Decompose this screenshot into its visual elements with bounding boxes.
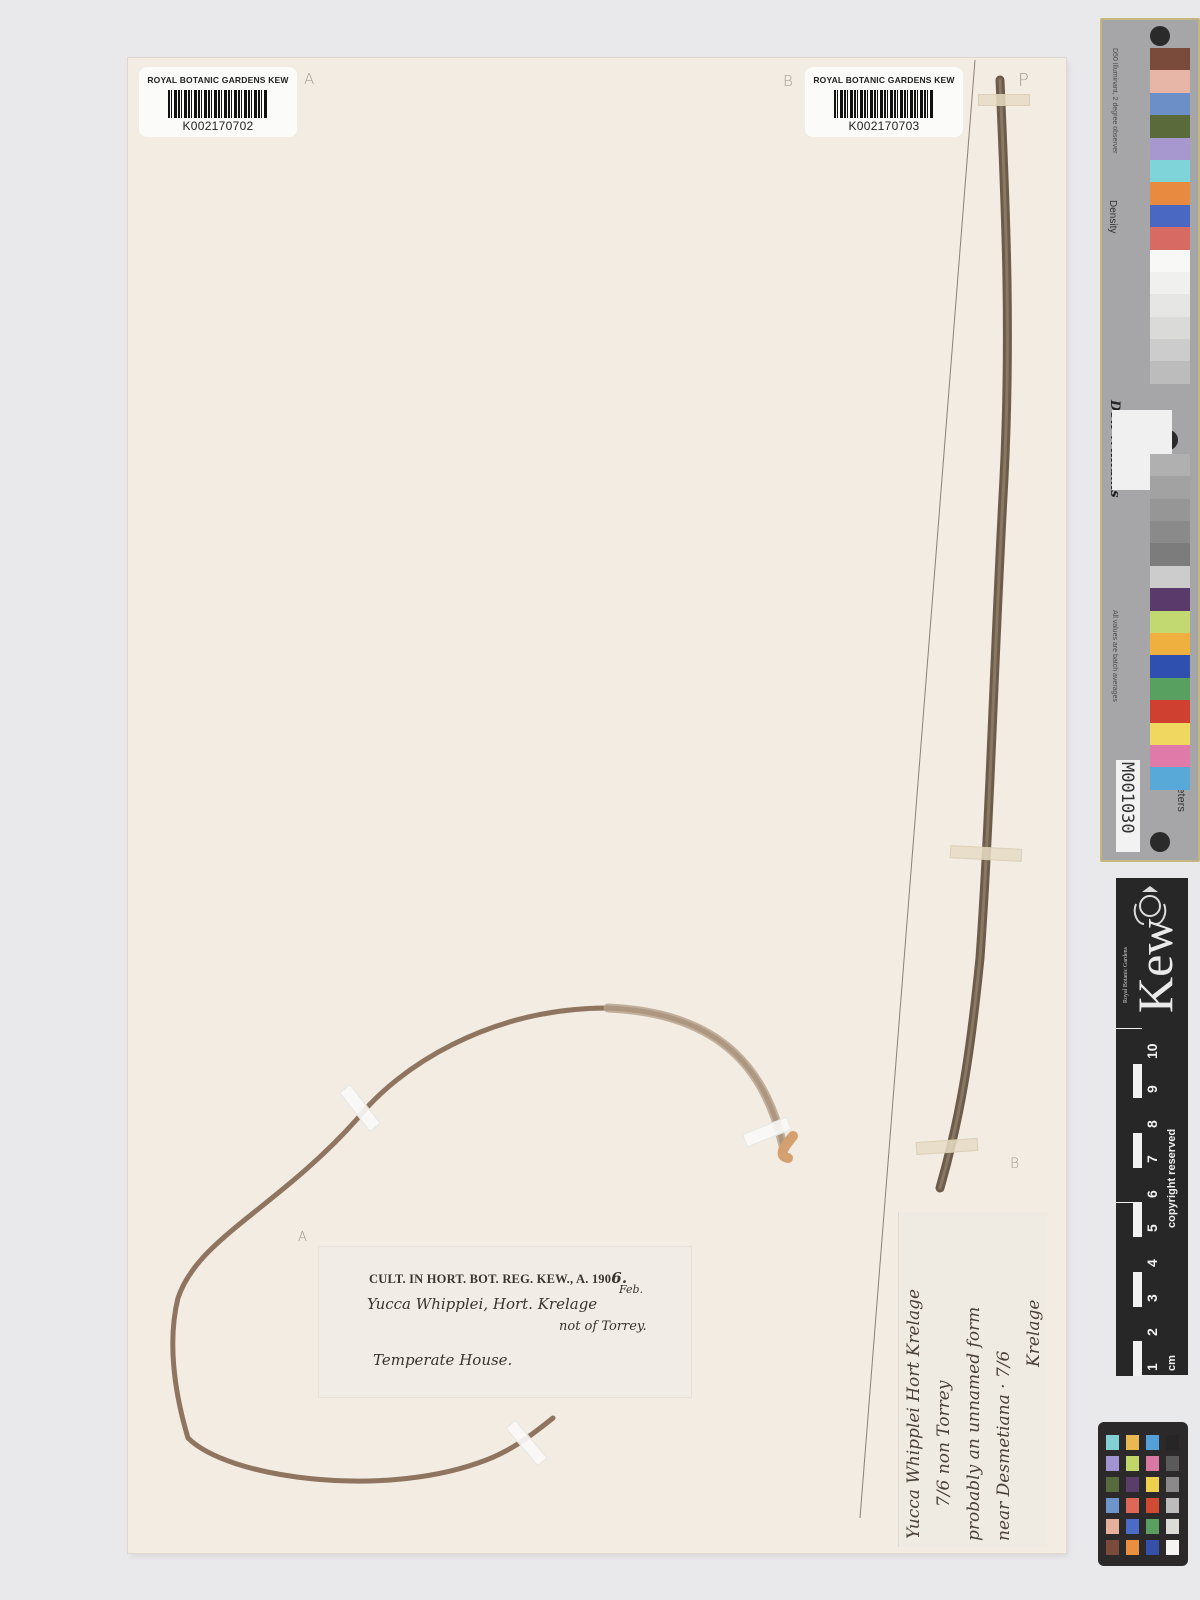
scale-number: 5 [1144, 1224, 1160, 1232]
color-checker-cell [1146, 1435, 1159, 1450]
color-patch [1150, 48, 1190, 70]
color-patch [1150, 70, 1190, 92]
color-patch [1150, 182, 1190, 204]
color-checker-cell [1126, 1540, 1139, 1555]
color-patch [1150, 138, 1190, 160]
collection-month: Feb. [619, 1283, 643, 1296]
color-patch [1150, 160, 1190, 182]
mounting-tape [978, 94, 1030, 106]
color-patch [1150, 93, 1190, 115]
scale-segment [1116, 1202, 1142, 1238]
color-patch [1150, 521, 1190, 543]
color-checker-cell [1126, 1498, 1139, 1513]
scale-numbers: 12345678910 [1144, 1028, 1162, 1375]
color-patch [1150, 227, 1190, 249]
color-patch [1150, 655, 1190, 677]
scale-number: 6 [1144, 1190, 1160, 1198]
determination-line: probably an unnamed form [959, 1212, 989, 1547]
scale-number: 8 [1144, 1120, 1160, 1128]
scale-segment [1116, 1340, 1142, 1376]
unit-label: cm [1166, 1355, 1178, 1371]
scale-segment [1116, 1271, 1142, 1307]
scale-ruler [1116, 1028, 1142, 1375]
location: Temperate House. [373, 1351, 512, 1369]
scale-number: 3 [1144, 1294, 1160, 1302]
color-patch [1150, 272, 1190, 294]
color-patch [1150, 361, 1190, 383]
color-patch [1150, 294, 1190, 316]
color-patch [1150, 317, 1190, 339]
color-patch [1150, 633, 1190, 655]
color-patch [1150, 767, 1190, 789]
color-patch [1150, 543, 1190, 565]
serial-number-label: M001030 [1116, 760, 1140, 852]
color-checker-cell [1146, 1519, 1159, 1534]
batch-note: All values are batch averages [1111, 610, 1118, 702]
color-checker-cell [1106, 1498, 1119, 1513]
color-patch [1150, 115, 1190, 137]
color-checker-cell [1146, 1540, 1159, 1555]
color-patch [1150, 678, 1190, 700]
pencil-mark-label-b: B [1010, 1156, 1019, 1172]
printed-heading: CULT. IN HORT. BOT. REG. KEW., A. 1906. [369, 1269, 627, 1287]
taxon-note: not of Torrey. [559, 1319, 647, 1334]
density-label: Density [1107, 200, 1118, 233]
scale-number: 4 [1144, 1259, 1160, 1267]
scale-segment [1116, 1132, 1142, 1168]
scale-number: 2 [1144, 1329, 1160, 1337]
color-patch [1150, 476, 1190, 498]
kew-logo: Kew [1126, 919, 1184, 1013]
scale-number: 10 [1144, 1043, 1160, 1059]
copyright-notice: copyright reserved [1166, 1129, 1178, 1228]
color-checker-cell [1126, 1519, 1139, 1534]
scale-segment [1116, 1167, 1142, 1203]
determination-line: Yucca Whipplei Hort Krelage [899, 1212, 929, 1547]
color-checker-cell [1166, 1477, 1179, 1492]
hole-icon [1150, 26, 1170, 46]
color-patch [1150, 588, 1190, 610]
color-patch [1150, 250, 1190, 272]
color-checker-cell [1106, 1540, 1119, 1555]
scale-segment [1116, 1306, 1142, 1342]
color-patch [1150, 339, 1190, 361]
color-checker-cell [1166, 1540, 1179, 1555]
scale-segment [1116, 1097, 1142, 1133]
collection-label: CULT. IN HORT. BOT. REG. KEW., A. 1906. … [318, 1246, 692, 1398]
color-checker-cell [1166, 1498, 1179, 1513]
scale-segment [1116, 1236, 1142, 1272]
color-patch [1150, 723, 1190, 745]
color-reference-strip: inches D50 Illuminant, 2 degree observer… [1100, 18, 1200, 862]
scale-number: 7 [1144, 1155, 1160, 1163]
color-patch [1150, 499, 1190, 521]
color-patch [1150, 611, 1190, 633]
kew-scale-bar: Royal Botanic Gardens Kew 12345678910 co… [1116, 878, 1188, 1375]
determination-line: 7/6 non Torrey [929, 1212, 959, 1547]
color-checker-cell [1106, 1435, 1119, 1450]
color-checker-cell [1126, 1456, 1139, 1471]
scale-segment [1116, 1063, 1142, 1099]
color-patch [1150, 745, 1190, 767]
color-checker-cell [1146, 1456, 1159, 1471]
color-checker-cell [1166, 1456, 1179, 1471]
color-checker-cell [1166, 1519, 1179, 1534]
taxon-name: Yucca Whipplei, Hort. Krelage [367, 1295, 597, 1313]
hole-icon [1150, 832, 1170, 852]
illuminant-note: D50 Illuminant, 2 degree observer [1111, 48, 1118, 153]
color-patch [1150, 700, 1190, 722]
determination-label: Yucca Whipplei Hort Krelage 7/6 non Torr… [898, 1212, 1047, 1547]
color-checker [1098, 1422, 1188, 1566]
color-checker-grid [1106, 1435, 1179, 1555]
color-checker-cell [1126, 1435, 1139, 1450]
determination-line: near Desmetiana · 7/6 [989, 1212, 1019, 1547]
color-patch [1150, 205, 1190, 227]
color-patches [1150, 48, 1190, 790]
color-checker-cell [1106, 1456, 1119, 1471]
color-checker-cell [1106, 1477, 1119, 1492]
color-patch [1150, 454, 1190, 476]
determination-line: Krelage [1019, 1212, 1049, 1547]
color-checker-cell [1126, 1477, 1139, 1492]
color-patch [1150, 566, 1190, 588]
scale-segment [1116, 1028, 1142, 1064]
color-checker-cell [1106, 1519, 1119, 1534]
color-checker-cell [1146, 1498, 1159, 1513]
color-checker-cell [1166, 1435, 1179, 1450]
color-checker-cell [1146, 1477, 1159, 1492]
pencil-mark-label-a: A [298, 1230, 307, 1245]
determination-text: Yucca Whipplei Hort Krelage 7/6 non Torr… [899, 1212, 1047, 1547]
scale-number: 9 [1144, 1086, 1160, 1094]
scale-number: 1 [1144, 1363, 1160, 1371]
